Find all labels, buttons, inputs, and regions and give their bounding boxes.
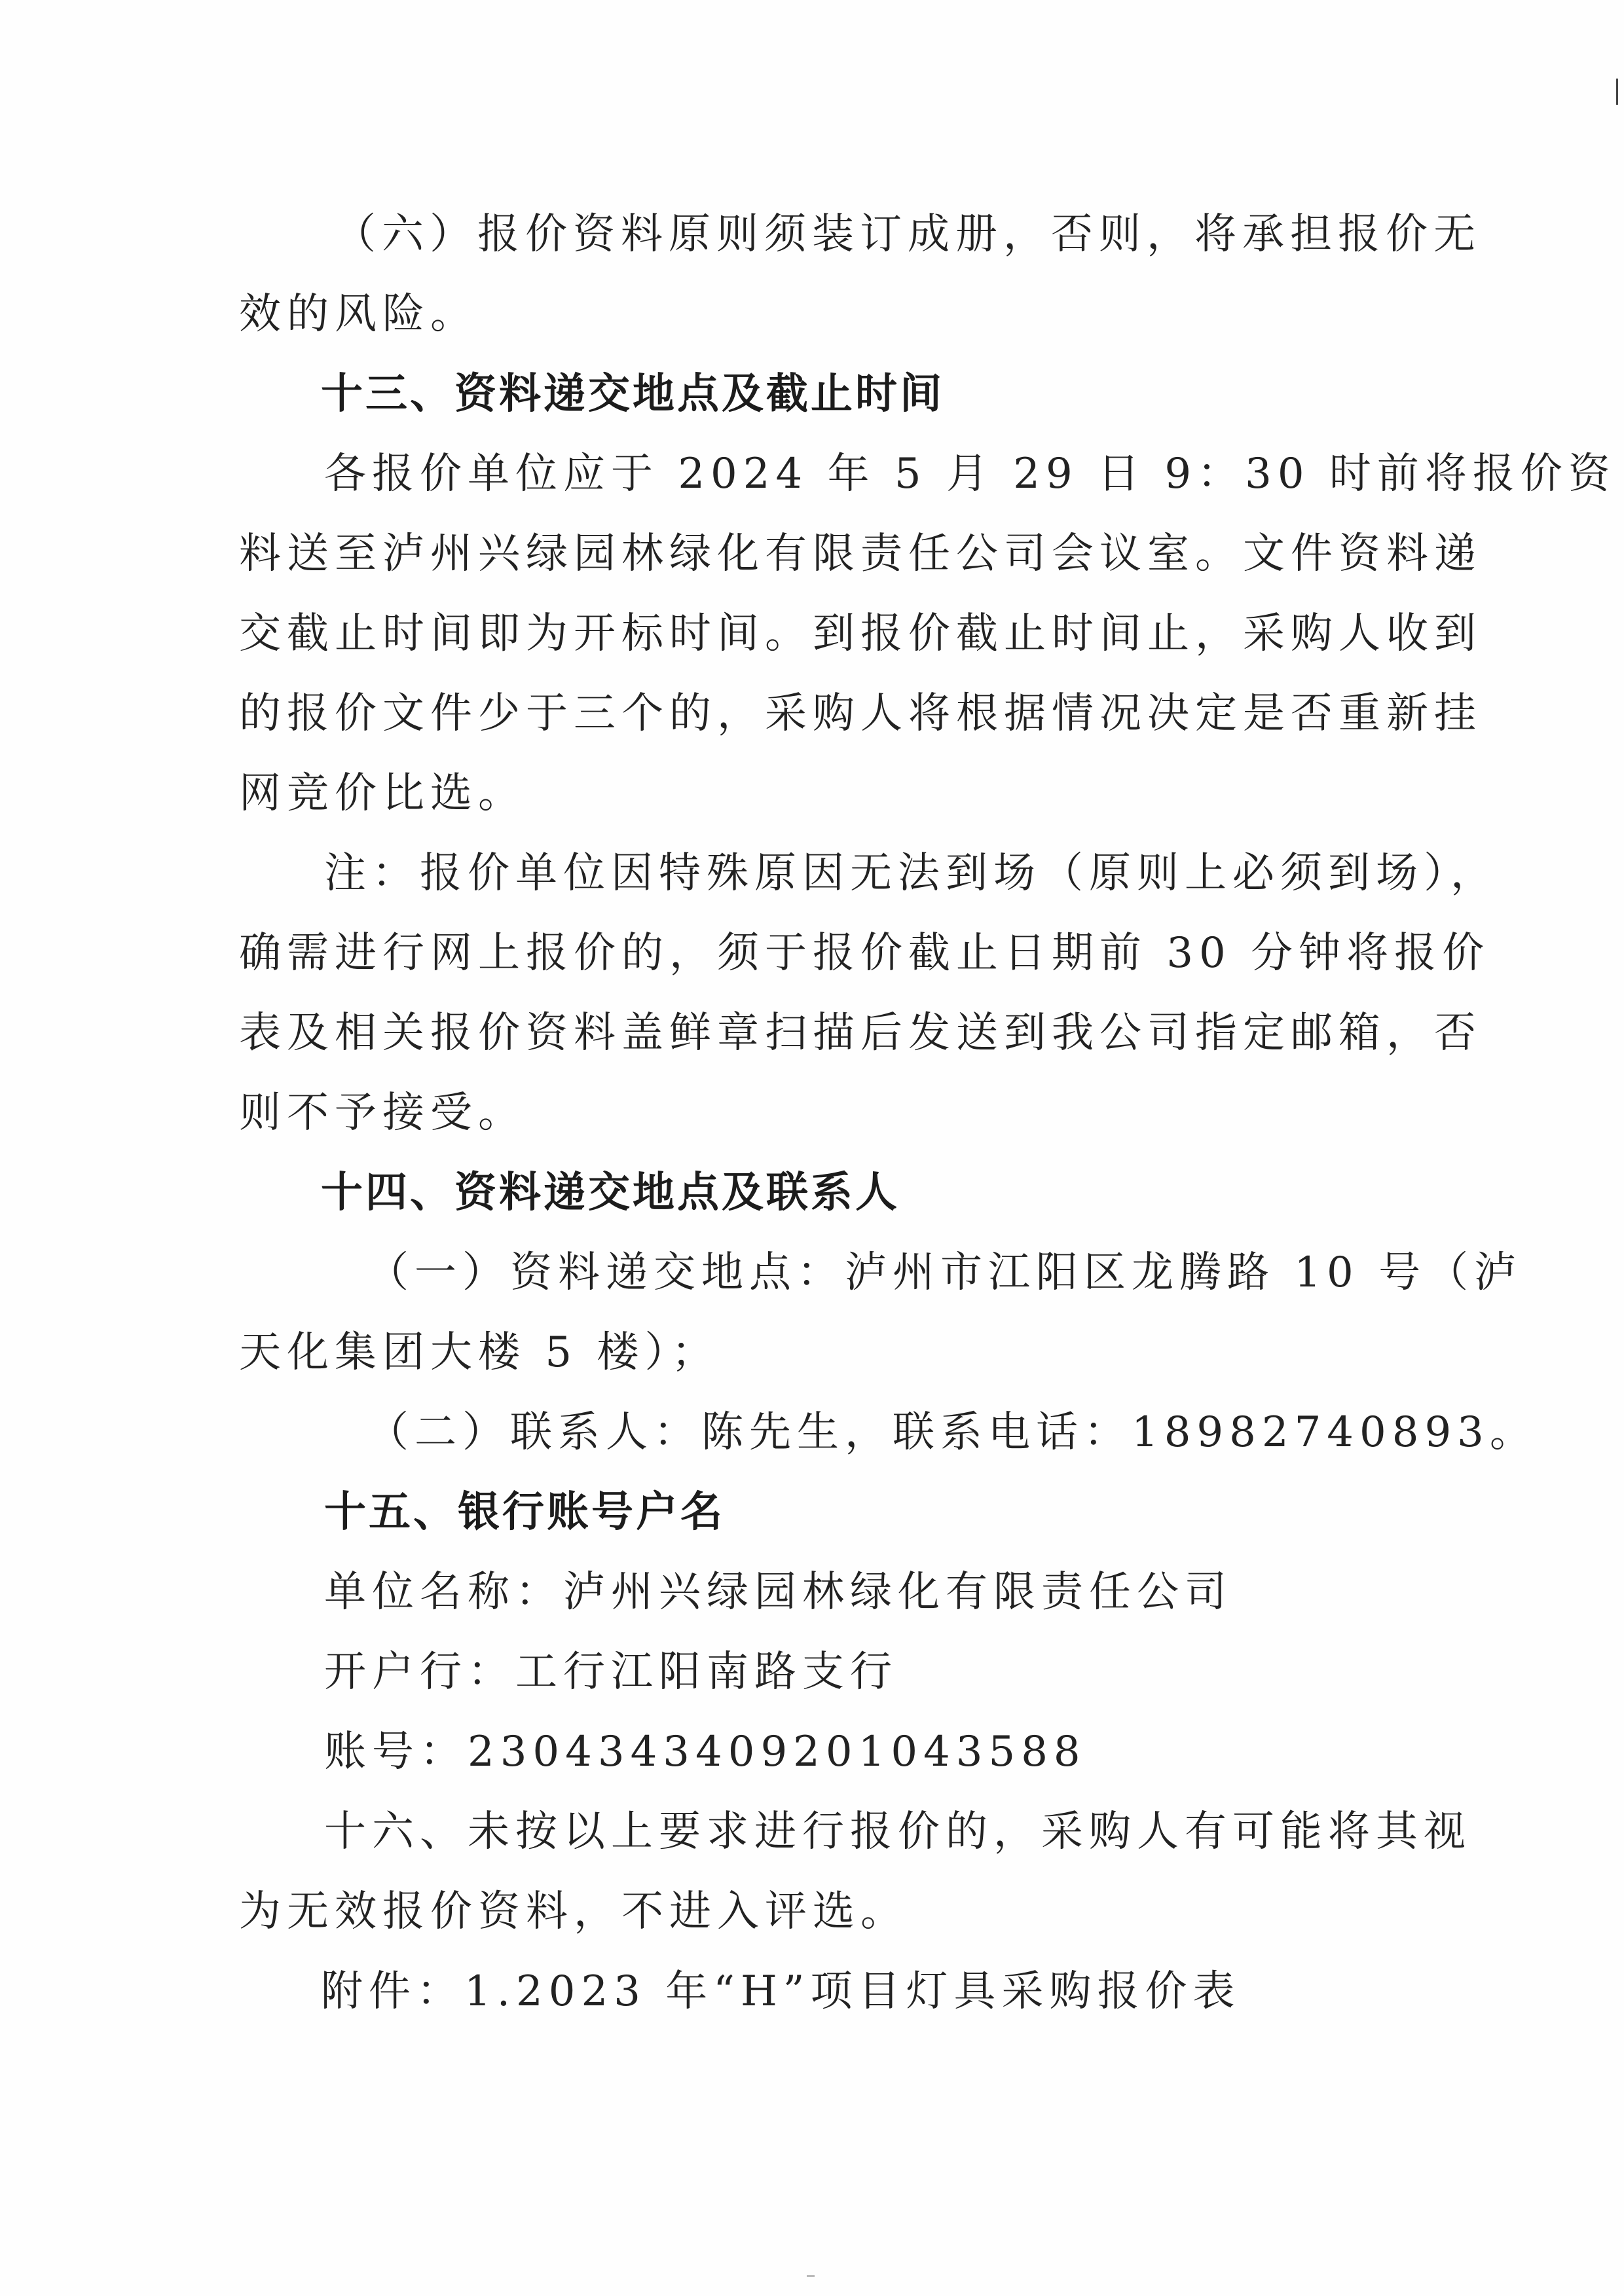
section-14-address-line-1: （一）资料递交地点：泸州市江阳区龙腾路 10 号（泸 bbox=[367, 1247, 1522, 1299]
section-13-note-line-3: 表及相关报价资料盖鲜章扫描后发送到我公司指定邮箱，否 bbox=[239, 1007, 1482, 1059]
section-16-line-1: 十六、未按以上要求进行报价的，采购人有可能将其视 bbox=[324, 1806, 1471, 1858]
item-6-line-1: （六）报价资料原则须装订成册，否则，将承担报价无 bbox=[334, 208, 1481, 261]
section-14-contact: （二）联系人：陈先生，联系电话：18982740893。 bbox=[367, 1406, 1538, 1459]
section-13-body-line-1: 各报价单位应于 2024 年 5 月 29 日 9：30 时前将报价资 bbox=[324, 448, 1616, 500]
section-15-title: 十五、银行账号户名 bbox=[324, 1486, 725, 1539]
section-15-company: 单位名称：泸州兴绿园林绿化有限责任公司 bbox=[324, 1566, 1232, 1618]
section-13-body-line-3: 交截止时间即为开标时间。到报价截止时间止，采购人收到 bbox=[239, 608, 1482, 660]
scan-footer-mark bbox=[807, 2275, 815, 2277]
section-13-body-line-5: 网竞价比选。 bbox=[239, 767, 526, 820]
attachment-line: 附件：1.2023 年“H”项目灯具采购报价表 bbox=[321, 1965, 1241, 2018]
document-page: （六）报价资料原则须装订成册，否则，将承担报价无 效的风险。 十三、资料递交地点… bbox=[0, 0, 1624, 2296]
item-6-line-2: 效的风险。 bbox=[239, 288, 478, 340]
section-13-body-line-4: 的报价文件少于三个的，采购人将根据情况决定是否重新挂 bbox=[239, 687, 1482, 740]
section-13-title: 十三、资料递交地点及截止时间 bbox=[321, 368, 944, 420]
section-14-address-line-2: 天化集团大楼 5 楼）； bbox=[239, 1326, 719, 1379]
section-15-account: 账号：2304343409201043588 bbox=[324, 1726, 1086, 1778]
section-16-line-2: 为无效报价资料，不进入评选。 bbox=[239, 1886, 908, 1938]
section-13-note-line-4: 则不予接受。 bbox=[239, 1087, 526, 1139]
section-15-bank: 开户行：工行江阳南路支行 bbox=[324, 1646, 898, 1698]
scan-edge-mark bbox=[1616, 79, 1618, 105]
section-13-note-line-1: 注：报价单位因特殊原因无法到场（原则上必须到场）， bbox=[324, 847, 1498, 900]
section-13-note-line-2: 确需进行网上报价的，须于报价截止日期前 30 分钟将报价 bbox=[239, 927, 1490, 979]
section-14-title: 十四、资料递交地点及联系人 bbox=[321, 1167, 900, 1219]
section-13-body-line-2: 料送至泸州兴绿园林绿化有限责任公司会议室。文件资料递 bbox=[239, 528, 1482, 580]
